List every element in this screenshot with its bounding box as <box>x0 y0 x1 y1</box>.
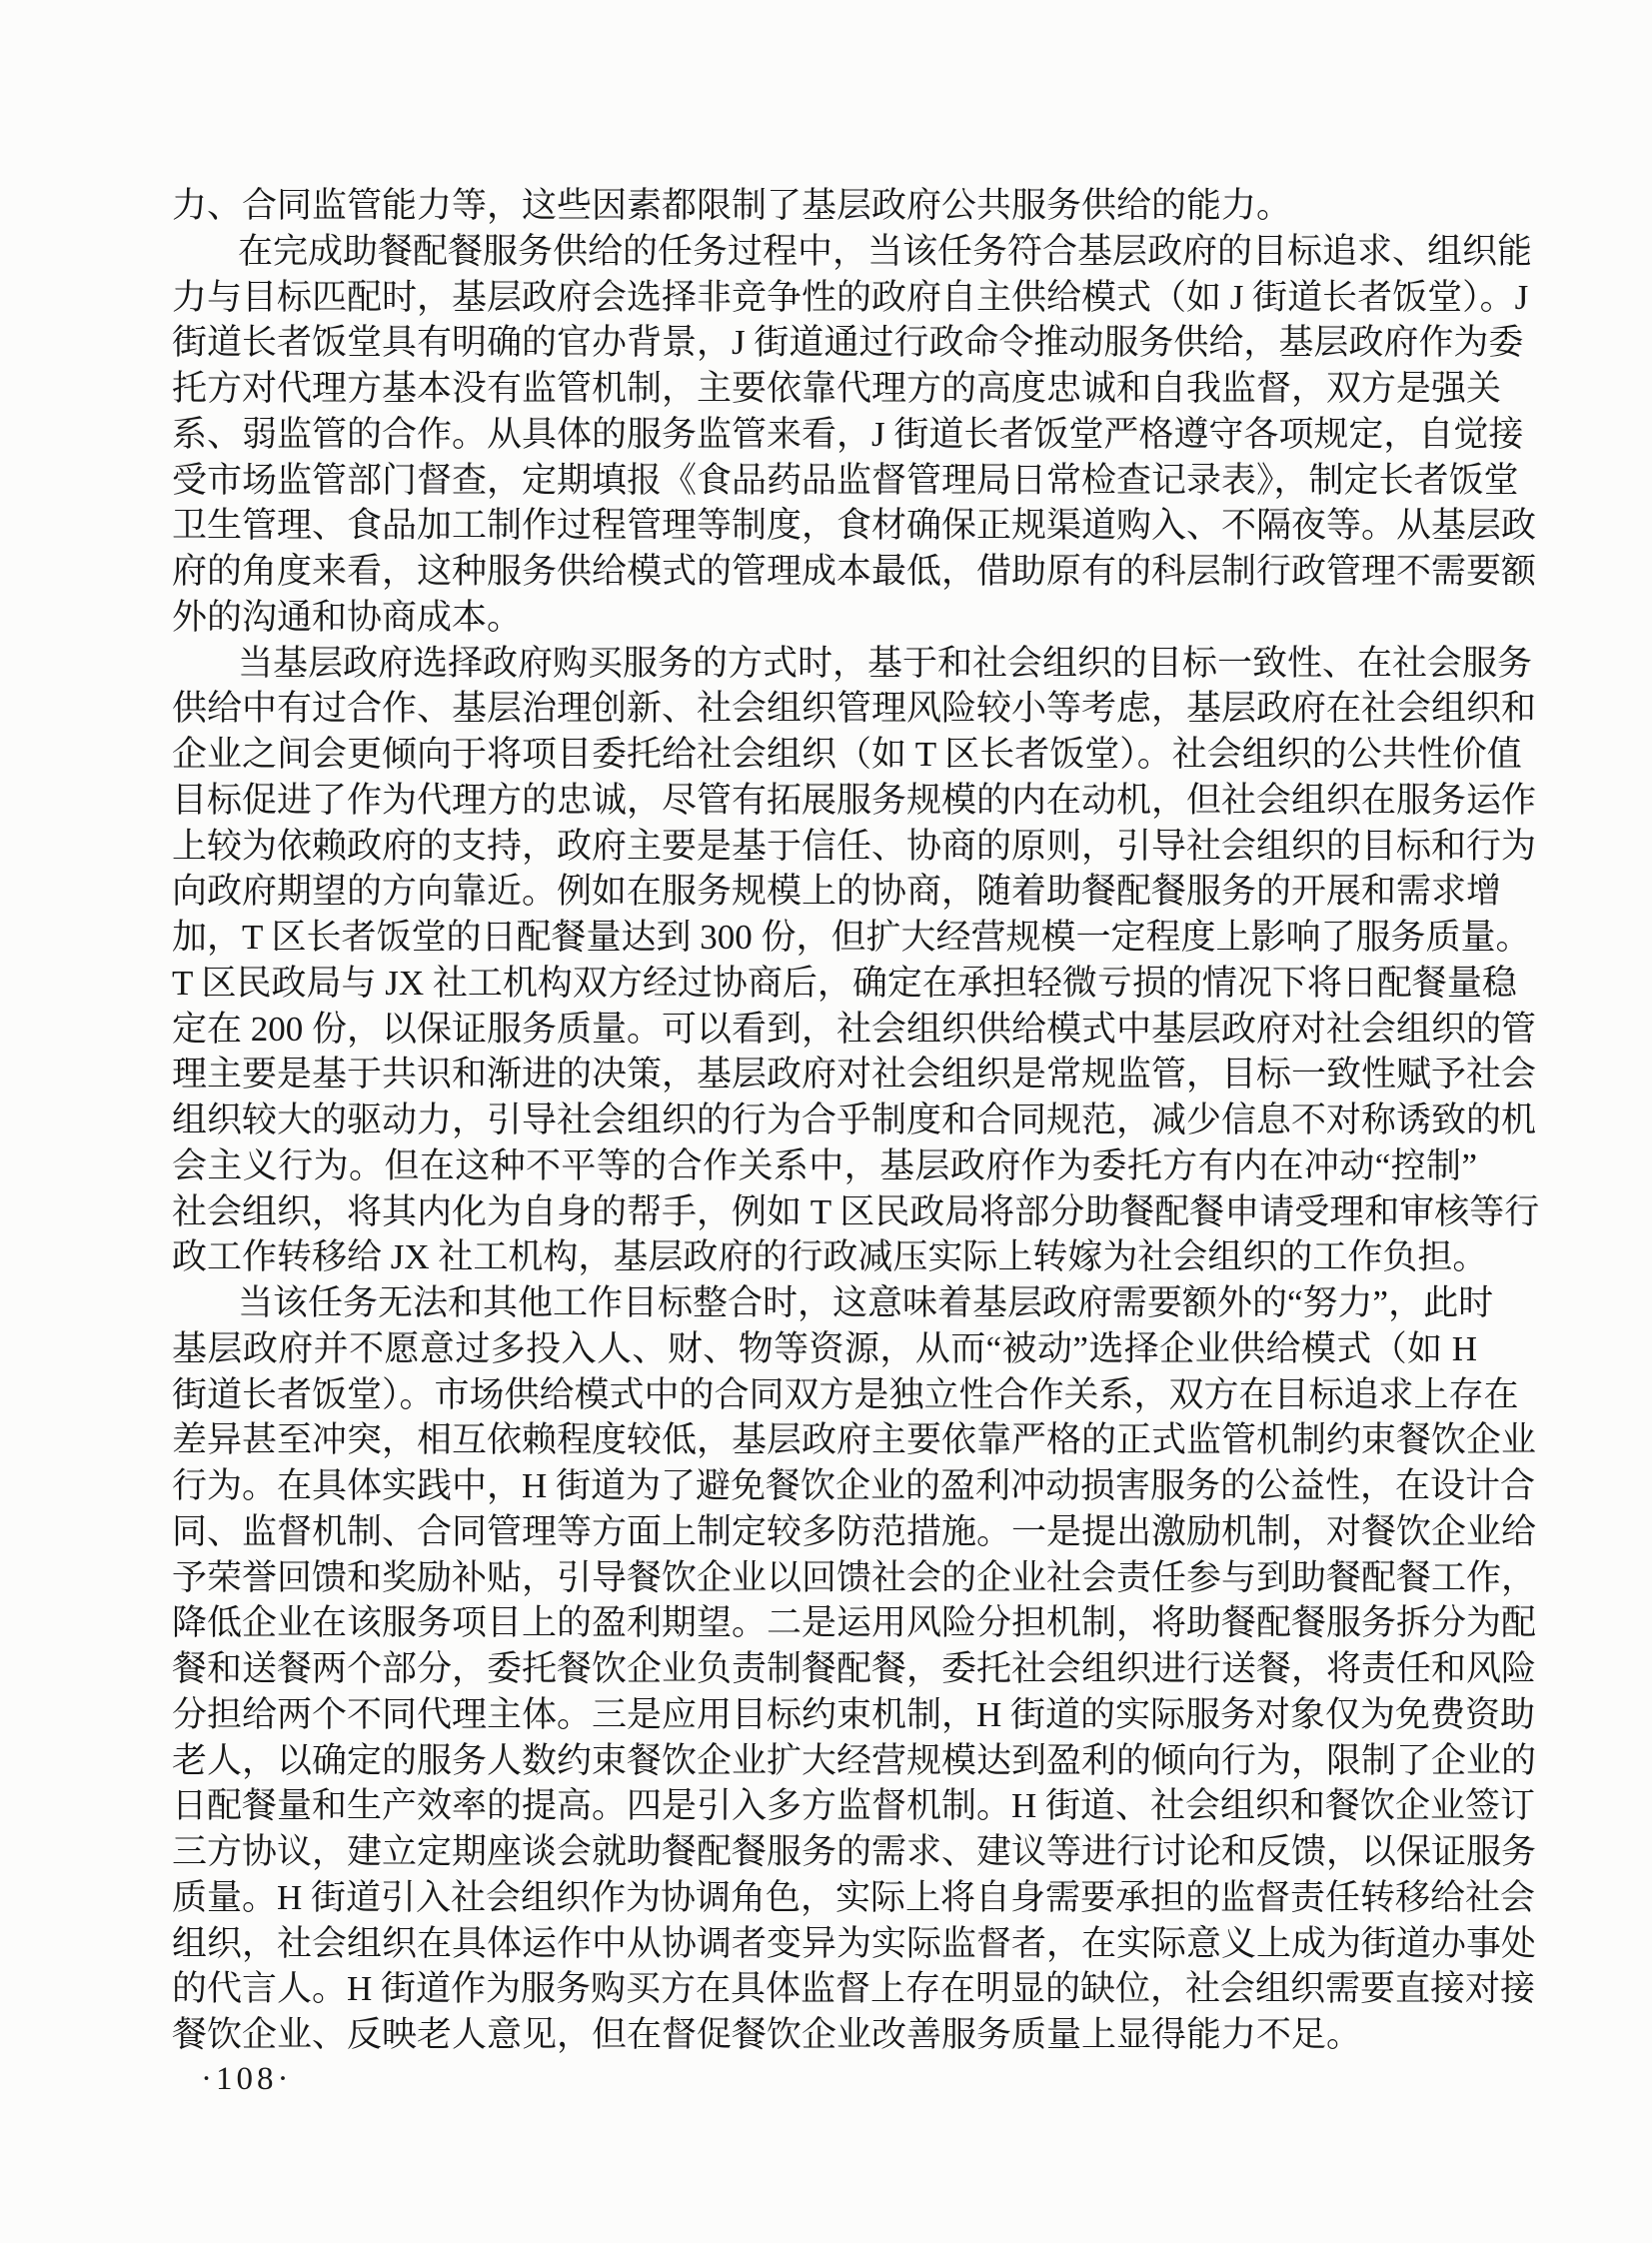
text-line: 降低企业在该服务项目上的盈利期望。二是运用风险分担机制，将助餐配餐服务拆分为配 <box>172 1600 1477 1646</box>
paragraph: 当基层政府选择政府购买服务的方式时，基于和社会组织的目标一致性、在社会服务供给中… <box>172 641 1477 1281</box>
text-line: 餐和送餐两个部分，委托餐饮企业负责制餐配餐，委托社会组织进行送餐，将责任和风险 <box>172 1646 1477 1692</box>
text-line: 社会组织，将其内化为自身的帮手，例如 T 区民政局将部分助餐配餐申请受理和审核等… <box>172 1189 1477 1235</box>
text-line: 质量。H 街道引入社会组织作为协调角色，实际上将自身需要承担的监督责任转移给社会 <box>172 1875 1477 1921</box>
text-line: 卫生管理、食品加工制作过程管理等制度，食材确保正规渠道购入、不隔夜等。从基层政 <box>172 503 1477 549</box>
text-line: 的代言人。H 街道作为服务购买方在具体监督上存在明显的缺位，社会组织需要直接对接 <box>172 1966 1477 2012</box>
text-line: 基层政府并不愿意过多投入人、财、物等资源，从而“被动”选择企业供给模式（如 H <box>172 1326 1477 1372</box>
text-line: 组织较大的驱动力，引导社会组织的行为合乎制度和合同规范，减少信息不对称诱致的机 <box>172 1098 1477 1143</box>
paragraph: 在完成助餐配餐服务供给的任务过程中，当该任务符合基层政府的目标追求、组织能力与目… <box>172 229 1477 641</box>
text-line: 供给中有过合作、基层治理创新、社会组织管理风险较小等考虑，基层政府在社会组织和 <box>172 686 1477 732</box>
text-line: 理主要是基于共识和渐进的决策，基层政府对社会组织是常规监管，目标一致性赋予社会 <box>172 1052 1477 1098</box>
text-line: 系、弱监管的合作。从具体的服务监管来看，J 街道长者饭堂严格遵守各项规定，自觉接 <box>172 412 1477 458</box>
text-line: 定在 200 份，以保证服务质量。可以看到，社会组织供给模式中基层政府对社会组织… <box>172 1007 1477 1053</box>
text-line: 街道长者饭堂）。市场供给模式中的合同双方是独立性合作关系，双方在目标追求上存在 <box>172 1372 1477 1418</box>
text-line: 上较为依赖政府的支持，政府主要是基于信任、协商的原则，引导社会组织的目标和行为 <box>172 824 1477 870</box>
text-line: 差异甚至冲突，相互依赖程度较低，基层政府主要依靠严格的正式监管机制约束餐饮企业 <box>172 1417 1477 1463</box>
text-line: 力、合同监管能力等，这些因素都限制了基层政府公共服务供给的能力。 <box>172 183 1477 229</box>
text-line: 当基层政府选择政府购买服务的方式时，基于和社会组织的目标一致性、在社会服务 <box>172 641 1477 687</box>
paragraph: 力、合同监管能力等，这些因素都限制了基层政府公共服务供给的能力。 <box>172 183 1477 229</box>
text-line: 三方协议，建立定期座谈会就助餐配餐服务的需求、建议等进行讨论和反馈，以保证服务 <box>172 1829 1477 1875</box>
text-line: 政工作转移给 JX 社工机构，基层政府的行政减压实际上转嫁为社会组织的工作负担。 <box>172 1234 1477 1280</box>
text-line: 行为。在具体实践中，H 街道为了避免餐饮企业的盈利冲动损害服务的公益性，在设计合 <box>172 1463 1477 1509</box>
text-line: T 区民政局与 JX 社工机构双方经过协商后，确定在承担轻微亏损的情况下将日配餐… <box>172 961 1477 1007</box>
paragraph: 当该任务无法和其他工作目标整合时，这意味着基层政府需要额外的“努力”，此时基层政… <box>172 1280 1477 2058</box>
text-line: 企业之间会更倾向于将项目委托给社会组织（如 T 区长者饭堂）。社会组织的公共性价… <box>172 732 1477 778</box>
text-line: 组织，社会组织在具体运作中从协调者变异为实际监督者，在实际意义上成为街道办事处 <box>172 1921 1477 1967</box>
text-line: 目标促进了作为代理方的忠诚，尽管有拓展服务规模的内在动机，但社会组织在服务运作 <box>172 778 1477 824</box>
text-line: 外的沟通和协商成本。 <box>172 595 1477 641</box>
text-line: 托方对代理方基本没有监管机制，主要依靠代理方的高度忠诚和自我监督，双方是强关 <box>172 366 1477 412</box>
page-body: 力、合同监管能力等，这些因素都限制了基层政府公共服务供给的能力。在完成助餐配餐服… <box>172 183 1477 2058</box>
text-line: 加，T 区长者饭堂的日配餐量达到 300 份，但扩大经营规模一定程度上影响了服务… <box>172 915 1477 961</box>
text-line: 府的角度来看，这种服务供给模式的管理成本最低，借助原有的科层制行政管理不需要额 <box>172 549 1477 595</box>
text-line: 街道长者饭堂具有明确的官办背景，J 街道通过行政命令推动服务供给，基层政府作为委 <box>172 320 1477 366</box>
text-line: 予荣誉回馈和奖励补贴，引导餐饮企业以回馈社会的企业社会责任参与到助餐配餐工作， <box>172 1555 1477 1601</box>
text-line: 餐饮企业、反映老人意见，但在督促餐饮企业改善服务质量上显得能力不足。 <box>172 2012 1477 2058</box>
text-line: 老人，以确定的服务人数约束餐饮企业扩大经营规模达到盈利的倾向行为，限制了企业的 <box>172 1738 1477 1784</box>
text-line: 向政府期望的方向靠近。例如在服务规模上的协商，随着助餐配餐服务的开展和需求增 <box>172 869 1477 915</box>
text-line: 分担给两个不同代理主体。三是应用目标约束机制，H 街道的实际服务对象仅为免费资助 <box>172 1692 1477 1738</box>
page-number: ·108· <box>201 2061 292 2098</box>
text-line: 日配餐量和生产效率的提高。四是引入多方监督机制。H 街道、社会组织和餐饮企业签订 <box>172 1783 1477 1829</box>
text-line: 会主义行为。但在这种不平等的合作关系中，基层政府作为委托方有内在冲动“控制” <box>172 1143 1477 1189</box>
text-line: 在完成助餐配餐服务供给的任务过程中，当该任务符合基层政府的目标追求、组织能 <box>172 229 1477 275</box>
text-line: 力与目标匹配时，基层政府会选择非竞争性的政府自主供给模式（如 J 街道长者饭堂）… <box>172 275 1477 321</box>
text-line: 受市场监管部门督查，定期填报《食品药品监督管理局日常检查记录表》，制定长者饭堂 <box>172 458 1477 504</box>
text-line: 同、监督机制、合同管理等方面上制定较多防范措施。一是提出激励机制，对餐饮企业给 <box>172 1509 1477 1555</box>
text-line: 当该任务无法和其他工作目标整合时，这意味着基层政府需要额外的“努力”，此时 <box>172 1280 1477 1326</box>
